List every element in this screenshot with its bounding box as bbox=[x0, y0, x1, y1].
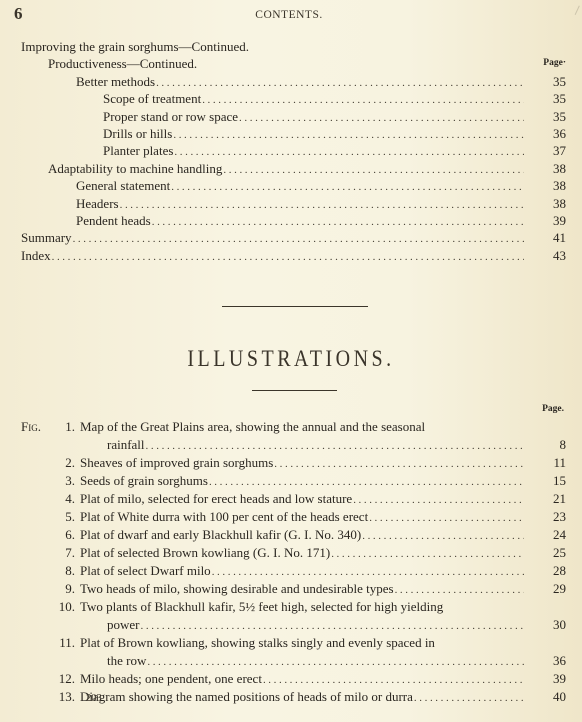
fig-number: 11. bbox=[53, 634, 80, 652]
heading-underline bbox=[252, 390, 337, 391]
fig-number: 9. bbox=[53, 580, 80, 598]
fig-prefix: Fig. bbox=[21, 418, 53, 436]
figure-entry[interactable]: 12. Milo heads; one pendent, one erect 3… bbox=[21, 670, 566, 688]
fig-page: 15 bbox=[524, 472, 566, 490]
toc-entry-label: Productiveness—Continued. bbox=[48, 56, 197, 71]
toc-entry[interactable]: Better methods 35 bbox=[21, 73, 566, 90]
leader-dots bbox=[263, 671, 524, 689]
toc-entry[interactable]: Summary 41 bbox=[21, 229, 566, 246]
fig-caption: Plat of milo, selected for erect heads a… bbox=[80, 490, 353, 508]
fig-page: 23 bbox=[524, 508, 566, 526]
toc-entry-page: 38 bbox=[524, 177, 566, 194]
toc-entry[interactable]: Scope of treatment 35 bbox=[21, 90, 566, 107]
toc-entry-page: 35 bbox=[524, 90, 566, 107]
figure-entry[interactable]: 9. Two heads of milo, showing desirable … bbox=[21, 580, 566, 598]
toc-entry-label: Pendent heads bbox=[76, 212, 152, 229]
fig-caption: Diagram showing the named positions of h… bbox=[80, 688, 414, 706]
toc-entry-label: Drills or hills bbox=[103, 125, 173, 142]
leader-dots bbox=[362, 527, 524, 545]
section-divider bbox=[222, 306, 368, 307]
fig-caption: Two heads of milo, showing desirable and… bbox=[80, 580, 395, 598]
toc-entry-label: Proper stand or row space bbox=[103, 108, 239, 125]
toc-entry-page: 38 bbox=[524, 160, 566, 177]
page-header: 6 CONTENTS. bbox=[14, 4, 564, 26]
page-column-label: Page. bbox=[542, 404, 564, 414]
toc-entry-label: General statement bbox=[76, 177, 171, 194]
toc-entry-page: 39 bbox=[524, 212, 566, 229]
toc-entry-page: 36 bbox=[524, 125, 566, 142]
leader-dots bbox=[212, 563, 524, 581]
toc-entry: Improving the grain sorghums—Continued. bbox=[21, 38, 566, 55]
leader-dots bbox=[369, 509, 524, 527]
fig-page: 40 bbox=[524, 688, 566, 706]
leader-dots bbox=[52, 249, 524, 266]
fig-number: 10. bbox=[53, 598, 80, 616]
figure-entry[interactable]: Fig. 1. Map of the Great Plains area, sh… bbox=[21, 418, 566, 454]
figure-entry[interactable]: 11. Plat of Brown kowliang, showing stal… bbox=[21, 634, 566, 670]
fig-page: 24 bbox=[524, 526, 566, 544]
toc-entry-page: 43 bbox=[524, 247, 566, 264]
toc-entry-label: Better methods bbox=[76, 73, 156, 90]
fig-number: 13. bbox=[53, 688, 80, 706]
signature-mark: 203 bbox=[86, 693, 102, 704]
toc-entry[interactable]: Pendent heads 39 bbox=[21, 212, 566, 229]
leader-dots bbox=[353, 491, 524, 509]
toc-entry: Productiveness—Continued. Page· bbox=[21, 55, 566, 72]
fig-number: 5. bbox=[53, 508, 80, 526]
fig-page: 21 bbox=[524, 490, 566, 508]
toc-entry-label: Index bbox=[21, 247, 52, 264]
leader-dots bbox=[274, 455, 524, 473]
toc-entry[interactable]: Planter plates 37 bbox=[21, 142, 566, 159]
toc-entry-label: Improving the grain sorghums—Continued. bbox=[21, 39, 249, 54]
toc-entry[interactable]: Drills or hills 36 bbox=[21, 125, 566, 142]
leader-dots bbox=[141, 617, 525, 635]
fig-caption: Plat of select Dwarf milo bbox=[80, 562, 212, 580]
toc-entry-page: 35 bbox=[524, 108, 566, 125]
fig-caption-continued: the row bbox=[107, 652, 147, 670]
toc-entry-page: 41 bbox=[524, 229, 566, 246]
figure-entry[interactable]: 13. Diagram showing the named positions … bbox=[21, 688, 566, 706]
toc-entry[interactable]: General statement 38 bbox=[21, 177, 566, 194]
leader-dots bbox=[331, 545, 524, 563]
illustrations-heading: ILLUSTRATIONS. bbox=[0, 346, 582, 372]
fig-page: 29 bbox=[524, 580, 566, 598]
fig-number: 6. bbox=[53, 526, 80, 544]
fig-number: 12. bbox=[53, 670, 80, 688]
fig-caption: Plat of dwarf and early Blackhull kafir … bbox=[80, 526, 362, 544]
page-corner-mark bbox=[569, 3, 580, 15]
toc-entry-label: Summary bbox=[21, 229, 73, 246]
toc-entry[interactable]: Adaptability to machine handling 38 bbox=[21, 160, 566, 177]
leader-dots bbox=[146, 437, 524, 455]
figure-entry[interactable]: 2. Sheaves of improved grain sorghums 11 bbox=[21, 454, 566, 472]
contents-list: Improving the grain sorghums—Continued. … bbox=[21, 38, 566, 264]
toc-entry[interactable]: Proper stand or row space 35 bbox=[21, 108, 566, 125]
page-column-header: Page. bbox=[21, 402, 566, 418]
leader-dots bbox=[395, 581, 524, 599]
toc-entry-label: Planter plates bbox=[103, 142, 174, 159]
toc-entry-page: 37 bbox=[524, 142, 566, 159]
fig-number: 2. bbox=[53, 454, 80, 472]
running-title: CONTENTS. bbox=[14, 9, 564, 21]
leader-dots bbox=[147, 653, 524, 671]
fig-number: 7. bbox=[53, 544, 80, 562]
figure-entry[interactable]: 7. Plat of selected Brown kowliang (G. I… bbox=[21, 544, 566, 562]
page-column-label: Page· bbox=[543, 55, 566, 72]
figure-entry[interactable]: 5. Plat of White durra with 100 per cent… bbox=[21, 508, 566, 526]
fig-page: 36 bbox=[524, 652, 566, 670]
fig-caption-continued: rainfall bbox=[107, 436, 146, 454]
fig-page: 39 bbox=[524, 670, 566, 688]
figure-entry[interactable]: 6. Plat of dwarf and early Blackhull kaf… bbox=[21, 526, 566, 544]
toc-entry-page: 35 bbox=[524, 73, 566, 90]
fig-caption: Plat of selected Brown kowliang (G. I. N… bbox=[80, 544, 331, 562]
fig-page: 25 bbox=[524, 544, 566, 562]
fig-caption: Seeds of grain sorghums bbox=[80, 472, 209, 490]
toc-entry-page: 38 bbox=[524, 195, 566, 212]
illustrations-list: Page. Fig. 1. Map of the Great Plains ar… bbox=[21, 402, 566, 706]
toc-entry[interactable]: Index 43 bbox=[21, 247, 566, 264]
fig-caption: Sheaves of improved grain sorghums bbox=[80, 454, 274, 472]
fig-number: 4. bbox=[53, 490, 80, 508]
figure-entry[interactable]: 10. Two plants of Blackhull kafir, 5½ fe… bbox=[21, 598, 566, 634]
fig-caption: Milo heads; one pendent, one erect bbox=[80, 670, 263, 688]
leader-dots bbox=[209, 473, 524, 491]
toc-entry-label: Scope of treatment bbox=[103, 90, 202, 107]
toc-entry[interactable]: Headers 38 bbox=[21, 195, 566, 212]
fig-page: 30 bbox=[524, 616, 566, 634]
fig-caption: Plat of Brown kowliang, showing stalks s… bbox=[80, 634, 436, 652]
fig-number: 1. bbox=[53, 418, 80, 436]
fig-page: 8 bbox=[524, 436, 566, 454]
figure-entry[interactable]: 4. Plat of milo, selected for erect head… bbox=[21, 490, 566, 508]
fig-caption: Map of the Great Plains area, showing th… bbox=[80, 418, 426, 436]
fig-caption: Plat of White durra with 100 per cent of… bbox=[80, 508, 369, 526]
fig-page: 28 bbox=[524, 562, 566, 580]
figure-entry[interactable]: 8. Plat of select Dwarf milo 28 bbox=[21, 562, 566, 580]
leader-dots bbox=[414, 689, 524, 707]
toc-entry-label: Headers bbox=[76, 195, 120, 212]
fig-number: 8. bbox=[53, 562, 80, 580]
fig-number: 3. bbox=[53, 472, 80, 490]
fig-caption-continued: power bbox=[107, 616, 141, 634]
document-page: 6 CONTENTS. Improving the grain sorghums… bbox=[0, 0, 582, 722]
fig-caption: Two plants of Blackhull kafir, 5½ feet h… bbox=[80, 598, 444, 616]
fig-page: 11 bbox=[524, 454, 566, 472]
figure-entry[interactable]: 3. Seeds of grain sorghums 15 bbox=[21, 472, 566, 490]
toc-entry-label: Adaptability to machine handling bbox=[48, 160, 223, 177]
